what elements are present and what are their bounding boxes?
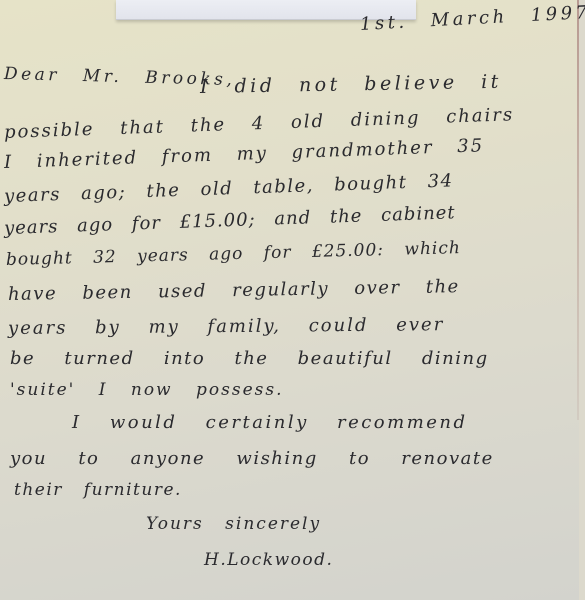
letter-line: I inherited from my grandmother 35 (4, 135, 485, 173)
closing: Yours sincerely (146, 514, 321, 534)
signature: H.Lockwood. (204, 550, 333, 570)
page-edge (579, 0, 585, 600)
letter-line: 'suite' I now possess. (10, 380, 284, 400)
letter-line: you to anyone wishing to renovate (10, 448, 494, 469)
letter-line: their furniture. (14, 480, 182, 500)
letter-line: years by my family, could ever (8, 314, 444, 339)
letter-line: bought 32 years ago for £25.00: which (6, 238, 461, 270)
letter-line: years ago for £15.00; and the cabinet (4, 202, 456, 239)
letter-line: years ago; the old table, bought 34 (4, 170, 454, 207)
letter-line: I did not believe it (200, 71, 502, 98)
letter-line: be turned into the beautiful dining (10, 348, 489, 369)
letter-page: 1st. March 1997 Dear Mr. Brooks, I did n… (0, 0, 585, 600)
letter-line: have been used regularly over the (8, 276, 460, 305)
letter-line: I would certainly recommend (72, 412, 468, 433)
